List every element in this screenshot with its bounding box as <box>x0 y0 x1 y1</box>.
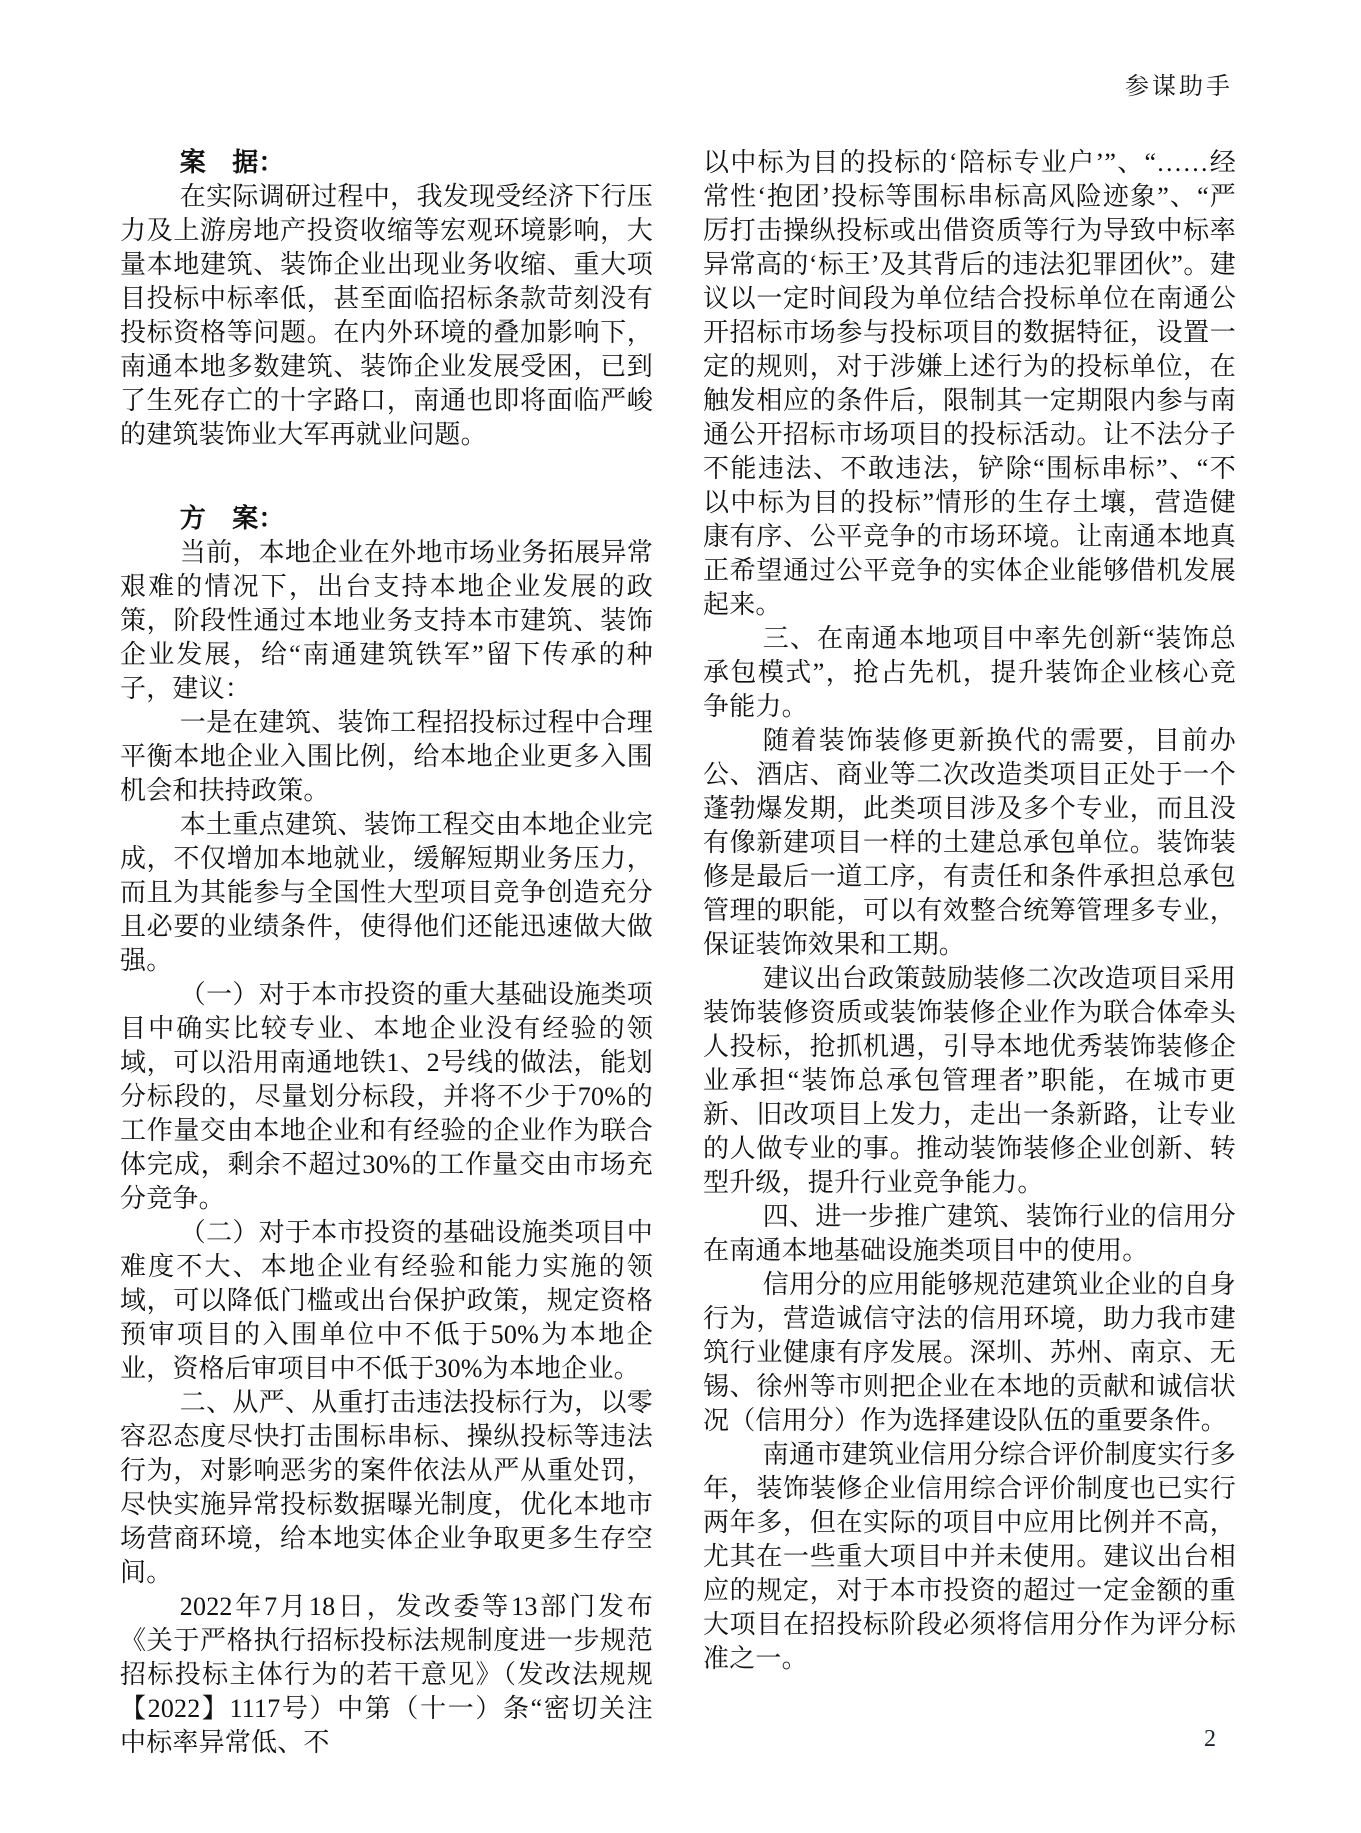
paragraph: 本土重点建筑、装饰工程交由本地企业完成，不仅增加本地就业，缓解短期业务压力，而且… <box>120 808 653 978</box>
section-heading-plan: 方 案： <box>120 502 653 536</box>
paragraph: 2022年7月18日，发改委等13部门发布《关于严格执行招标投标法规制度进一步规… <box>120 1590 653 1760</box>
paragraph: 随着装饰装修更新换代的需要，目前办公、酒店、商业等二次改造类项目正处于一个蓬勃爆… <box>703 724 1236 962</box>
document-page: 参谋助手 案 据： 在实际调研过程中，我发现受经济下行压力及上游房地产投资收缩等… <box>0 0 1361 1833</box>
paragraph: （一）对于本市投资的重大基础设施类项目中确实比较专业、本地企业没有经验的领域，可… <box>120 978 653 1216</box>
paragraph: 二、从严、从重打击违法投标行为，以零容忍态度尽快打击围标串标、操纵投标等违法行为… <box>120 1386 653 1590</box>
page-number: 2 <box>1204 1724 1216 1754</box>
right-column: 以中标为目的投标的‘陪标专业户’”、“……经常性‘抱团’投标等围标串标高风险迹象… <box>703 146 1236 1760</box>
left-column: 案 据： 在实际调研过程中，我发现受经济下行压力及上游房地产投资收缩等宏观环境影… <box>120 146 653 1760</box>
paragraph: 信用分的应用能够规范建筑业企业的自身行为，营造诚信守法的信用环境，助力我市建筑行… <box>703 1268 1236 1438</box>
paragraph: 一是在建筑、装饰工程招投标过程中合理平衡本地企业入围比例，给本地企业更多入围机会… <box>120 706 653 808</box>
two-column-content: 案 据： 在实际调研过程中，我发现受经济下行压力及上游房地产投资收缩等宏观环境影… <box>120 146 1236 1760</box>
paragraph: 在实际调研过程中，我发现受经济下行压力及上游房地产投资收缩等宏观环境影响，大量本… <box>120 180 653 452</box>
paragraph: （二）对于本市投资的基础设施类项目中难度不大、本地企业有经验和能力实施的领域，可… <box>120 1216 653 1386</box>
paragraph: 三、在南通本地项目中率先创新“装饰总承包模式”，抢占先机，提升装饰企业核心竞争能… <box>703 622 1236 724</box>
running-header-journal-name: 参谋助手 <box>1125 72 1233 102</box>
paragraph: 当前，本地企业在外地市场业务拓展异常艰难的情况下，出台支持本地企业发展的政策，阶… <box>120 536 653 706</box>
paragraph: 建议出台政策鼓励装修二次改造项目采用装饰装修资质或装饰装修企业作为联合体牵头人投… <box>703 962 1236 1200</box>
section-heading-case-basis: 案 据： <box>120 146 653 180</box>
paragraph: 四、进一步推广建筑、装饰行业的信用分在南通本地基础设施类项目中的使用。 <box>703 1200 1236 1268</box>
paragraph: 南通市建筑业信用分综合评价制度实行多年，装饰装修企业信用综合评价制度也已实行两年… <box>703 1438 1236 1676</box>
paragraph-continuation: 以中标为目的投标的‘陪标专业户’”、“……经常性‘抱团’投标等围标串标高风险迹象… <box>703 146 1236 622</box>
